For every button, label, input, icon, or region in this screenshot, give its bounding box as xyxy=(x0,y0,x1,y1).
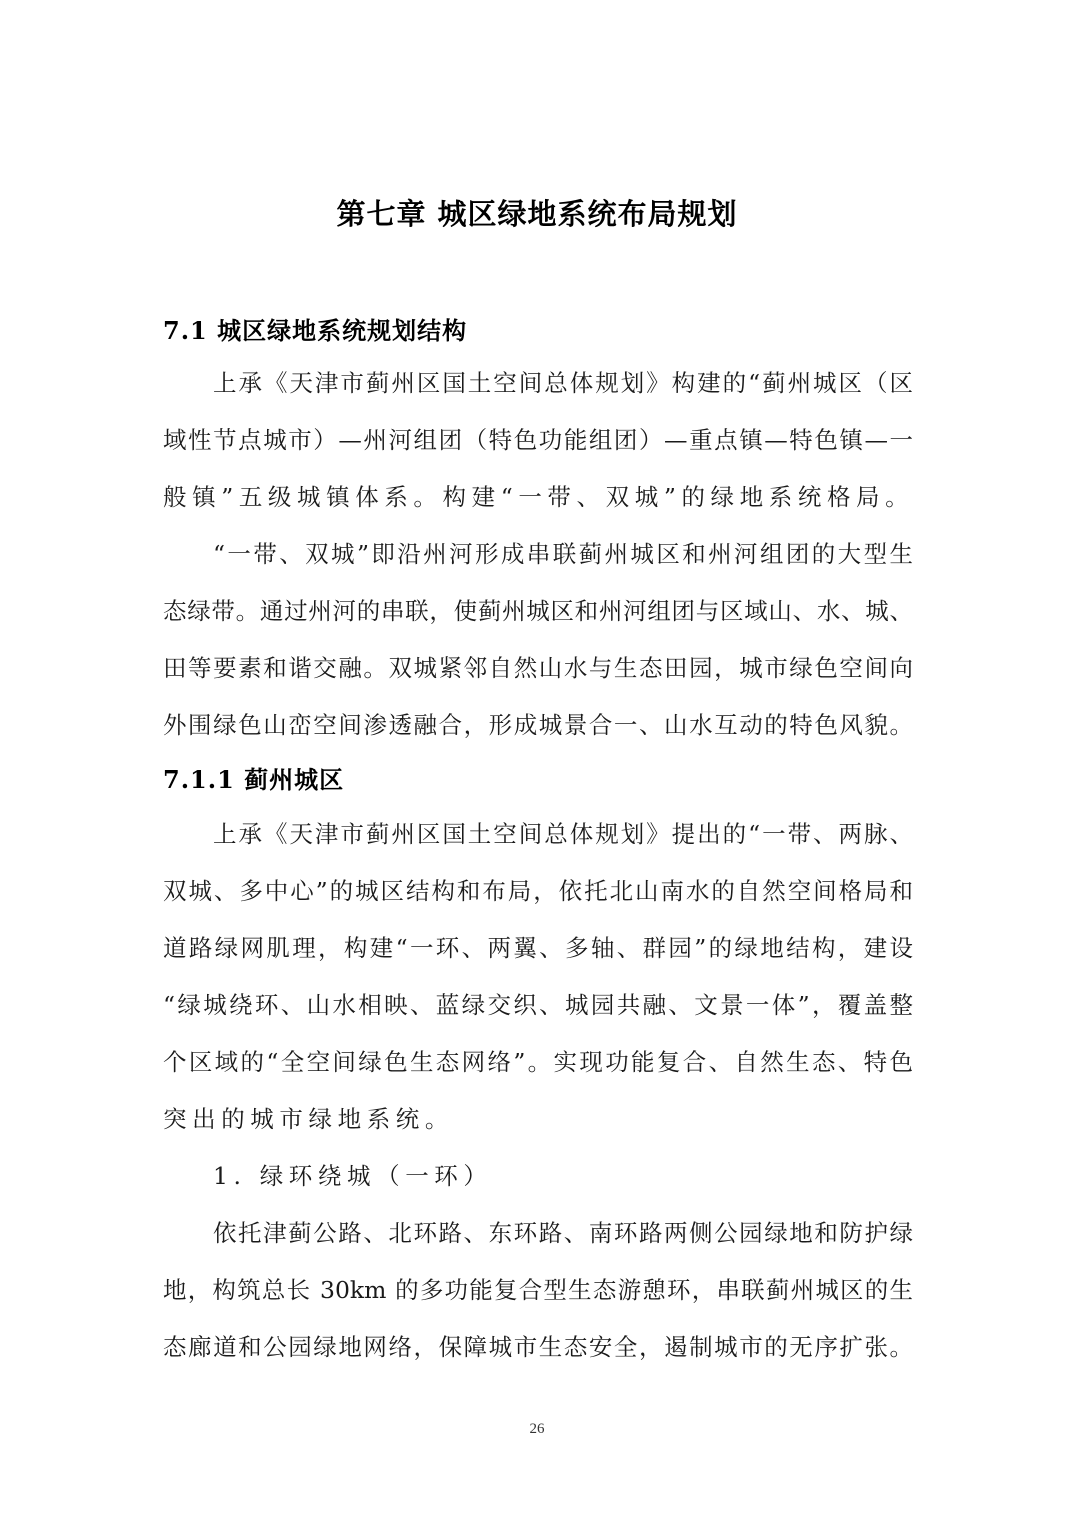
paragraph-line: 地，构筑总长 30km 的多功能复合型生态游憩环，串联蓟州城区的生 xyxy=(163,1273,913,1307)
paragraph-line: 般镇”五级城镇体系。构建“一带、双城”的绿地系统格局。 xyxy=(163,480,913,514)
paragraph-line: 道路绿网肌理，构建“一环、两翼、多轴、群园”的绿地结构，建设 xyxy=(163,931,913,965)
list-item-title: 1. 绿环绕城（一环） xyxy=(213,1159,913,1193)
paragraph-line: 田等要素和谐交融。双城紧邻自然山水与生态田园，城市绿色空间向 xyxy=(163,651,913,685)
paragraph-line: 外围绿色山峦空间渗透融合，形成城景合一、山水互动的特色风貌。 xyxy=(163,708,913,742)
chapter-title: 第七章 城区绿地系统布局规划 xyxy=(0,192,1074,236)
paragraph-line: 依托津蓟公路、北环路、东环路、南环路两侧公园绿地和防护绿 xyxy=(213,1216,913,1250)
paragraph-line: 上承《天津市蓟州区国土空间总体规划》提出的“一带、两脉、 xyxy=(213,817,913,851)
paragraph-line: 态绿带。通过州河的串联，使蓟州城区和州河组团与区域山、水、城、 xyxy=(163,594,913,628)
paragraph-line: 域性节点城市）—州河组团（特色功能组团）—重点镇—特色镇—一 xyxy=(163,423,913,457)
paragraph-line: 双城、多中心”的城区结构和布局，依托北山南水的自然空间格局和 xyxy=(163,874,913,908)
paragraph-line: 突出的城市绿地系统。 xyxy=(163,1102,913,1136)
section-heading-7-1: 7.1 城区绿地系统规划结构 xyxy=(163,313,467,349)
page-number: 26 xyxy=(0,1421,1074,1438)
paragraph-line: “一带、双城”即沿州河形成串联蓟州城区和州河组团的大型生 xyxy=(213,537,913,571)
paragraph-line: “绿城绕环、山水相映、蓝绿交织、城园共融、文景一体”，覆盖整 xyxy=(163,988,913,1022)
section-heading-7-1-1: 7.1.1 蓟州城区 xyxy=(163,762,344,798)
paragraph-line: 态廊道和公园绿地网络，保障城市生态安全，遏制城市的无序扩张。 xyxy=(163,1330,913,1364)
paragraph-line: 上承《天津市蓟州区国土空间总体规划》构建的“蓟州城区（区 xyxy=(213,366,913,400)
document-page: 第七章 城区绿地系统布局规划 7.1 城区绿地系统规划结构 上承《天津市蓟州区国… xyxy=(0,0,1074,1520)
paragraph-line: 个区域的“全空间绿色生态网络”。实现功能复合、自然生态、特色 xyxy=(163,1045,913,1079)
